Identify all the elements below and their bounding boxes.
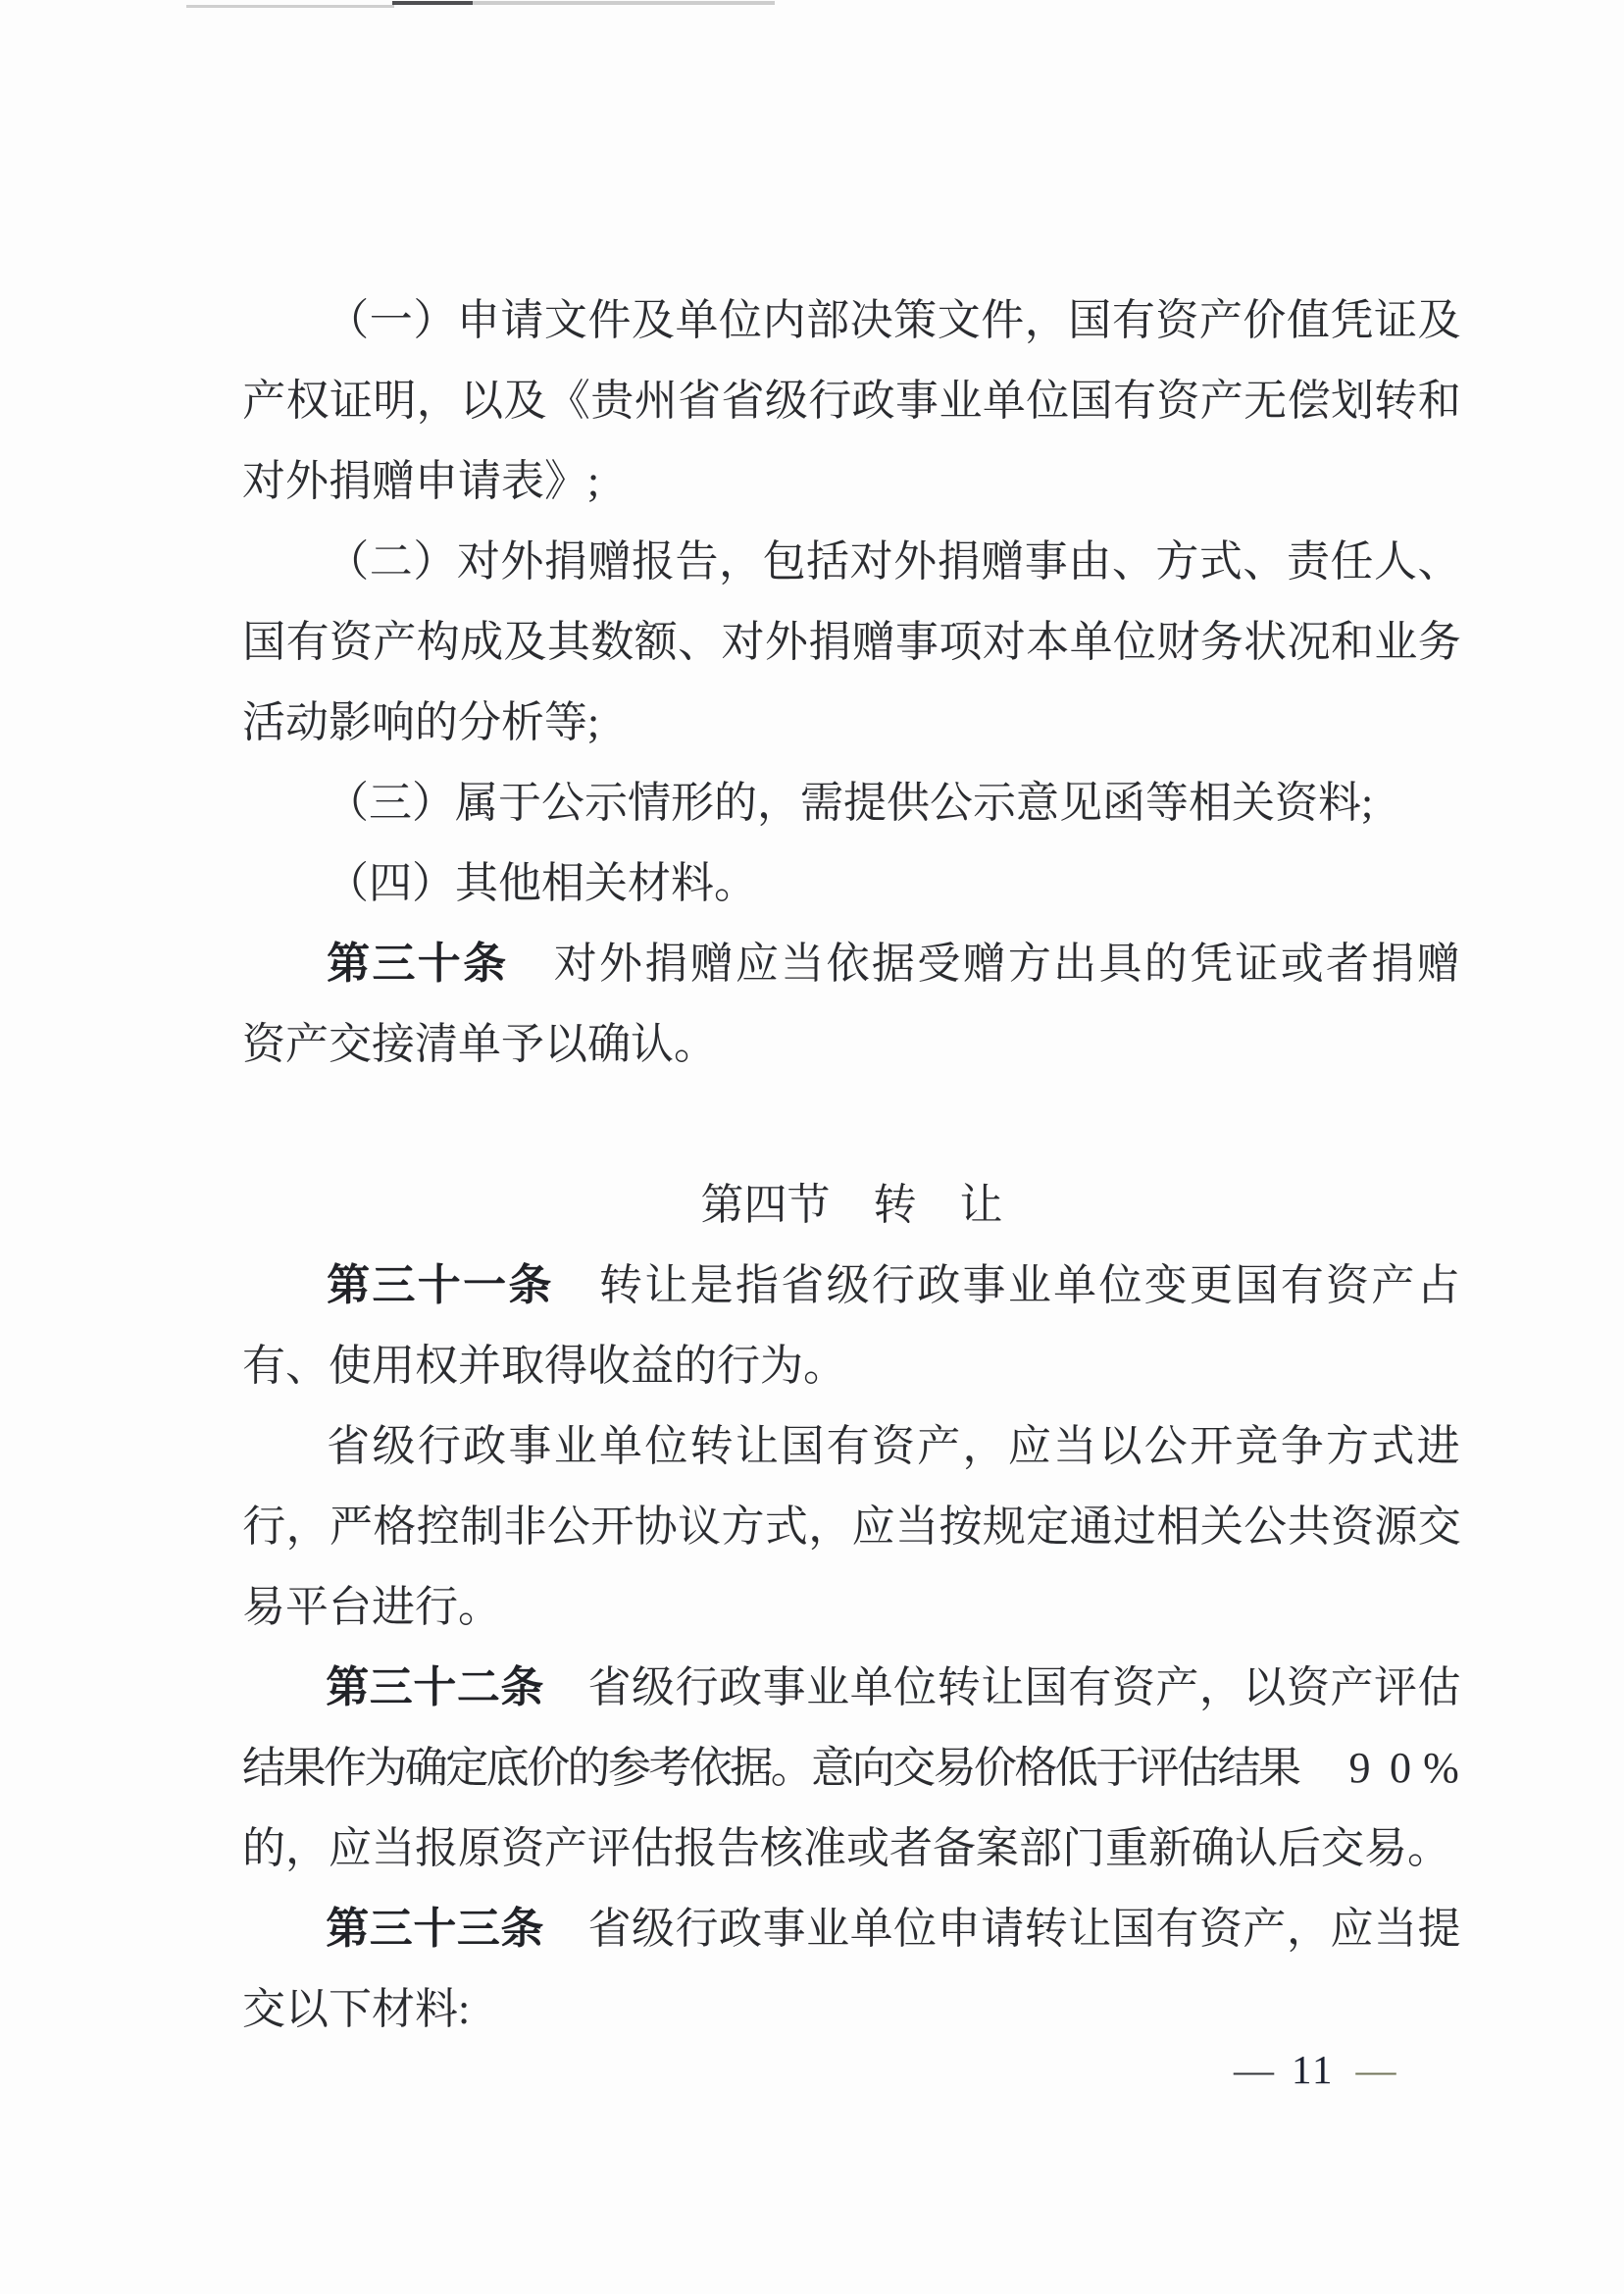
char: 况 xyxy=(1287,602,1330,683)
char: 请 xyxy=(500,280,544,361)
text-line: 资产交接清单予以确认。 xyxy=(242,1004,1461,1085)
footer-dash-right: — xyxy=(1355,2046,1396,2093)
char: 相 xyxy=(1156,1487,1199,1567)
char: ， xyxy=(1287,1889,1331,1969)
char: 资 xyxy=(1331,1487,1374,1567)
char: 对 xyxy=(457,522,501,602)
char: 有 xyxy=(1113,361,1156,441)
indent-spacer xyxy=(242,522,326,602)
char: 交 xyxy=(1418,1487,1461,1567)
char: ） xyxy=(413,280,457,361)
scan-artifact-line xyxy=(392,1,473,5)
char: 参 xyxy=(608,1728,648,1809)
char: ， xyxy=(285,1487,329,1567)
char: 位 xyxy=(1113,602,1156,683)
bold-char: 条 xyxy=(462,924,507,1004)
char: 申 xyxy=(457,280,501,361)
char: 位 xyxy=(1026,361,1069,441)
bold-char: 条 xyxy=(507,1246,552,1326)
char: 任 xyxy=(1330,522,1374,602)
char: 、 xyxy=(1112,522,1156,602)
char: 偿 xyxy=(1287,361,1330,441)
char: 件 xyxy=(587,280,632,361)
char: 底 xyxy=(486,1728,527,1809)
char: 价 xyxy=(974,1728,1014,1809)
text-line: 交以下材料: xyxy=(242,1969,1461,2050)
document-page: （一）申请文件及单位内部决策文件，国有资产价值凭证及产权证明，以及《贵州省省级行… xyxy=(0,0,1624,2294)
char: 无 xyxy=(1243,361,1287,441)
char: 非 xyxy=(503,1487,546,1567)
char: 资 xyxy=(1199,1889,1243,1969)
char: 向 xyxy=(852,1728,892,1809)
bold-char: 第 xyxy=(326,1246,371,1326)
char: 事 xyxy=(762,1648,806,1728)
char: 捐 xyxy=(937,522,981,602)
text-line: （二）对外捐赠报告，包括对外捐赠事由、方式、责任人、 xyxy=(242,522,1461,602)
char: 低 xyxy=(1055,1728,1095,1809)
char: 于 xyxy=(1095,1728,1136,1809)
char: 省 xyxy=(587,1889,632,1969)
char: （ xyxy=(326,522,370,602)
indent-spacer xyxy=(242,924,326,1004)
char: 国 xyxy=(242,602,285,683)
char: 一 xyxy=(370,280,414,361)
indent-spacer xyxy=(242,280,326,361)
char: 转 xyxy=(937,1648,981,1728)
char: 制 xyxy=(460,1487,503,1567)
char: 方 xyxy=(721,1487,764,1567)
char: 具 xyxy=(1097,924,1142,1004)
char: 事 xyxy=(895,361,939,441)
bold-char: 二 xyxy=(457,1648,501,1728)
paragraph: （一）申请文件及单位内部决策文件，国有资产价值凭证及产权证明，以及《贵州省省级行… xyxy=(242,280,1461,522)
char: 共 xyxy=(1287,1487,1330,1567)
char: 和 xyxy=(1418,361,1461,441)
char: 出 xyxy=(1052,924,1097,1004)
char: 作 xyxy=(324,1728,364,1809)
char: 业 xyxy=(939,361,982,441)
char: 级 xyxy=(632,1648,676,1728)
char: 估 xyxy=(1417,1648,1461,1728)
char: 、 xyxy=(1417,522,1461,602)
char: 级 xyxy=(825,1246,870,1326)
char: 公 xyxy=(1243,1487,1287,1567)
char: 以 xyxy=(460,361,503,441)
scan-artifact-line xyxy=(186,5,394,8)
bold-char: 十 xyxy=(417,1246,462,1326)
char: 变 xyxy=(1143,1246,1189,1326)
paragraph: （三）属于公示情形的，需提供公示意见函等相关资料; xyxy=(242,763,1461,843)
char: 9 xyxy=(1340,1728,1380,1809)
char: 行 xyxy=(808,361,851,441)
char: 据 xyxy=(871,924,916,1004)
char: 决 xyxy=(849,280,893,361)
bold-char: 条 xyxy=(500,1648,544,1728)
text-line: 对外捐赠申请表》; xyxy=(242,441,1461,522)
char: 单 xyxy=(598,1406,643,1487)
char: 业 xyxy=(553,1406,598,1487)
char: 行 xyxy=(417,1406,462,1487)
char: 对 xyxy=(849,522,893,602)
char: 估 xyxy=(1177,1728,1217,1809)
char: 提 xyxy=(1417,1889,1461,1969)
char: 以 xyxy=(1243,1648,1287,1728)
page-footer: — 11 — xyxy=(1234,2046,1396,2093)
char: 外 xyxy=(598,924,643,1004)
char: 协 xyxy=(634,1487,678,1567)
char: 策 xyxy=(893,280,938,361)
char: 国 xyxy=(1069,361,1112,441)
char: 事 xyxy=(895,602,939,683)
page-number: 11 xyxy=(1292,2046,1334,2093)
char: 控 xyxy=(417,1487,460,1567)
char xyxy=(544,1648,588,1728)
char: 据 xyxy=(730,1728,770,1809)
char: 省 xyxy=(721,361,764,441)
char: 政 xyxy=(719,1889,763,1969)
char: 人 xyxy=(1374,522,1418,602)
char: 资 xyxy=(1156,361,1199,441)
char: 式 xyxy=(765,1487,808,1567)
char: 事 xyxy=(762,1889,806,1969)
char: 产 xyxy=(1330,1648,1374,1728)
char: 竞 xyxy=(1234,1406,1279,1487)
char: 贵 xyxy=(590,361,634,441)
char: 赠 xyxy=(851,602,894,683)
char: 让 xyxy=(1068,1889,1112,1969)
bold-char: 十 xyxy=(417,924,462,1004)
char: 政 xyxy=(462,1406,507,1487)
char: 赠 xyxy=(689,924,735,1004)
char: 争 xyxy=(1280,1406,1325,1487)
char: 价 xyxy=(1243,280,1287,361)
text-run: 活动影响的分析等; xyxy=(242,698,599,746)
paragraph: 第三十二条 省级行政事业单位转让国有资产，以资产评估结果作为确定底价的参考依据。… xyxy=(242,1648,1461,1889)
char: 证 xyxy=(330,361,373,441)
text-run: 对外捐赠申请表》; xyxy=(242,457,599,505)
char: 有 xyxy=(825,1406,870,1487)
char: 事 xyxy=(1025,522,1069,602)
char: 、 xyxy=(1243,522,1287,602)
bold-char: 条 xyxy=(500,1889,544,1969)
char: 及 xyxy=(503,361,546,441)
char: 对 xyxy=(983,602,1026,683)
char: 状 xyxy=(1243,602,1287,683)
char: 进 xyxy=(1416,1406,1461,1487)
char: 者 xyxy=(1325,924,1370,1004)
char: 数 xyxy=(590,602,634,683)
char: 捐 xyxy=(1370,924,1415,1004)
char: 更 xyxy=(1189,1246,1234,1326)
char: 、 xyxy=(678,602,721,683)
char: 及 xyxy=(503,602,546,683)
char: 捐 xyxy=(544,522,588,602)
indent-spacer xyxy=(242,1889,326,1969)
char: 占 xyxy=(1416,1246,1461,1326)
char: 省 xyxy=(587,1648,632,1728)
char: 严 xyxy=(330,1487,373,1567)
char: 项 xyxy=(939,602,982,683)
text-line: （一）申请文件及单位内部决策文件，国有资产价值凭证及 xyxy=(242,280,1461,361)
char: ， xyxy=(1199,1648,1243,1728)
text-line: 第三十条 对外捐赠应当依据受赠方出具的凭证或者捐赠 xyxy=(242,924,1461,1004)
char: 意 xyxy=(811,1728,851,1809)
char: 格 xyxy=(373,1487,416,1567)
char: 赠 xyxy=(587,522,632,602)
char: 资 xyxy=(330,602,373,683)
bold-char: 三 xyxy=(457,1889,501,1969)
char: 转 xyxy=(1374,361,1417,441)
char: 明 xyxy=(373,361,416,441)
char: 应 xyxy=(1007,1406,1052,1487)
text-line: 易平台进行。 xyxy=(242,1567,1461,1648)
text-line: （四）其他相关材料。 xyxy=(242,843,1461,924)
char: 权 xyxy=(285,361,329,441)
char: 有 xyxy=(1068,1648,1112,1728)
char: 赠 xyxy=(961,924,1006,1004)
char: ， xyxy=(719,522,763,602)
char: 成 xyxy=(460,602,503,683)
text-line: 第三十三条 省级行政事业单位申请转让国有资产，应当提 xyxy=(242,1889,1461,1969)
char: 源 xyxy=(1374,1487,1417,1567)
char: 产 xyxy=(1243,1889,1287,1969)
char: 划 xyxy=(1331,361,1374,441)
bold-char: 三 xyxy=(371,924,416,1004)
char: 公 xyxy=(547,1487,590,1567)
bold-char: 三 xyxy=(370,1648,414,1728)
char: 级 xyxy=(371,1406,416,1487)
char: 行 xyxy=(675,1889,719,1969)
char: 通 xyxy=(1069,1487,1112,1567)
char: 定 xyxy=(1026,1487,1069,1567)
char: 单 xyxy=(849,1889,893,1969)
char: 报 xyxy=(632,522,676,602)
char xyxy=(544,1889,588,1969)
char: 证 xyxy=(1374,280,1418,361)
text-line: （三）属于公示情形的，需提供公示意见函等相关资料; xyxy=(242,763,1461,843)
char: 让 xyxy=(735,1406,780,1487)
char: 业 xyxy=(1374,602,1417,683)
char: 国 xyxy=(1112,1889,1156,1969)
char: 产 xyxy=(1200,361,1243,441)
char: 务 xyxy=(1200,602,1243,683)
indent-spacer xyxy=(242,1246,326,1326)
paragraph: 第三十一条 转让是指省级行政事业单位变更国有资产占有、使用权并取得收益的行为。 xyxy=(242,1246,1461,1406)
char: 交 xyxy=(892,1728,933,1809)
char: 部 xyxy=(806,280,850,361)
char: 确 xyxy=(405,1728,445,1809)
char: 依 xyxy=(689,1728,730,1809)
char: 当 xyxy=(895,1487,939,1567)
bold-char: 第 xyxy=(326,1648,370,1728)
bold-char: 十 xyxy=(413,1889,457,1969)
char: 或 xyxy=(1280,924,1325,1004)
char: 省 xyxy=(326,1406,371,1487)
char: 对 xyxy=(553,924,598,1004)
char: 省 xyxy=(780,1246,825,1326)
char: 凭 xyxy=(1330,280,1374,361)
char: 果 xyxy=(282,1728,323,1809)
char: 单 xyxy=(983,361,1026,441)
char: 考 xyxy=(648,1728,688,1809)
text-run: （四）其他相关材料。 xyxy=(326,859,757,907)
char: 文 xyxy=(937,280,981,361)
paragraph: 省级行政事业单位转让国有资产，应当以公开竞争方式进行，严格控制非公开协议方式，应… xyxy=(242,1406,1461,1648)
char: 受 xyxy=(916,924,961,1004)
char: 凭 xyxy=(1189,924,1234,1004)
section-heading: 第四节 转 让 xyxy=(242,1165,1461,1246)
char: 定 xyxy=(445,1728,485,1809)
char: 转 xyxy=(598,1246,643,1326)
char: 位 xyxy=(893,1889,938,1969)
char: 易 xyxy=(933,1728,973,1809)
text-run: 交以下材料: xyxy=(242,1985,470,2033)
paragraph: 第三十条 对外捐赠应当依据受赠方出具的凭证或者捐赠资产交接清单予以确认。 xyxy=(242,924,1461,1085)
char: 公 xyxy=(1143,1406,1189,1487)
char: 包 xyxy=(762,522,806,602)
char: 应 xyxy=(1330,1889,1374,1969)
char: 依 xyxy=(825,924,870,1004)
char: 过 xyxy=(1113,1487,1156,1567)
char: 为 xyxy=(364,1728,404,1809)
char xyxy=(553,1246,598,1326)
char: 国 xyxy=(1025,1648,1069,1728)
bold-char: 三 xyxy=(371,1246,416,1326)
text-line: 的，应当报原资产评估报告核准或者备案部门重新确认后交易。 xyxy=(242,1809,1461,1889)
footer-dash-left: — xyxy=(1234,2046,1274,2093)
bold-char: 第 xyxy=(326,1889,370,1969)
char: 务 xyxy=(1418,602,1461,683)
char: 事 xyxy=(507,1406,552,1487)
char: 责 xyxy=(1287,522,1331,602)
char: 。 xyxy=(771,1728,811,1809)
char: 外 xyxy=(893,522,938,602)
char: 位 xyxy=(643,1406,688,1487)
text-line: 第三十二条 省级行政事业单位转让国有资产，以资产评估 xyxy=(242,1648,1461,1728)
char: 转 xyxy=(689,1406,735,1487)
text-run: 的，应当报原资产评估报告核准或者备案部门重新确认后交易。 xyxy=(242,1824,1450,1872)
char xyxy=(507,924,552,1004)
char: 的 xyxy=(568,1728,608,1809)
char: 捐 xyxy=(643,924,688,1004)
char: 资 xyxy=(1155,280,1199,361)
char: ， xyxy=(1025,280,1069,361)
char: 式 xyxy=(1370,1406,1415,1487)
char: 请 xyxy=(981,1889,1025,1969)
document-body: （一）申请文件及单位内部决策文件，国有资产价值凭证及产权证明，以及《贵州省省级行… xyxy=(242,280,1461,2050)
text-run: 资产交接清单予以确认。 xyxy=(242,1020,717,1068)
char: 位 xyxy=(719,280,763,361)
char: 业 xyxy=(806,1889,850,1969)
char: 捐 xyxy=(808,602,851,683)
bold-char: 十 xyxy=(413,1648,457,1728)
char: 事 xyxy=(961,1246,1006,1326)
text-run: 易平台进行。 xyxy=(242,1583,501,1631)
char: 有 xyxy=(1155,1889,1199,1969)
char: 行 xyxy=(871,1246,916,1326)
char: 格 xyxy=(1014,1728,1054,1809)
char: 资 xyxy=(1325,1246,1370,1326)
char: 有 xyxy=(1280,1246,1325,1326)
char: 件 xyxy=(981,280,1025,361)
char: 议 xyxy=(678,1487,721,1567)
char: 评 xyxy=(1374,1648,1418,1728)
indent-spacer xyxy=(242,1648,326,1728)
char: 国 xyxy=(780,1406,825,1487)
char: 文 xyxy=(544,280,588,361)
char: 有 xyxy=(1112,280,1156,361)
char: 外 xyxy=(765,602,808,683)
char: 当 xyxy=(1374,1889,1418,1969)
char: 价 xyxy=(527,1728,567,1809)
char: 外 xyxy=(500,522,544,602)
char: ） xyxy=(413,522,457,602)
char: 产 xyxy=(1199,280,1243,361)
char xyxy=(1298,1728,1339,1809)
char: 其 xyxy=(547,602,590,683)
char: 单 xyxy=(1052,1246,1097,1326)
char: 对 xyxy=(721,602,764,683)
char: 规 xyxy=(983,1487,1026,1567)
text-line: 省级行政事业单位转让国有资产，应当以公开竞争方式进 xyxy=(242,1406,1461,1487)
char: 《 xyxy=(547,361,590,441)
char: 业 xyxy=(806,1648,850,1728)
text-line: 国有资产构成及其数额、对外捐赠事项对本单位财务状况和业务 xyxy=(242,602,1461,683)
text-line: 结果作为确定底价的参考依据。意向交易价格低于评估结果 90% xyxy=(242,1728,1461,1809)
char: 告 xyxy=(675,522,719,602)
char: 内 xyxy=(762,280,806,361)
char: 评 xyxy=(1137,1728,1177,1809)
char: 国 xyxy=(1068,280,1112,361)
char: 位 xyxy=(1097,1246,1142,1326)
text-line: 活动影响的分析等; xyxy=(242,683,1461,763)
char: 构 xyxy=(417,602,460,683)
char: 申 xyxy=(937,1889,981,1969)
text-run: 有、使用权并取得收益的行为。 xyxy=(242,1342,846,1390)
char: 方 xyxy=(1155,522,1199,602)
char: 当 xyxy=(780,924,825,1004)
char: 资 xyxy=(871,1406,916,1487)
char: 业 xyxy=(1007,1246,1052,1326)
char: 有 xyxy=(285,602,329,683)
char: 产 xyxy=(242,361,285,441)
char: 位 xyxy=(893,1648,938,1728)
char: 额 xyxy=(634,602,678,683)
char: 政 xyxy=(916,1246,961,1326)
char: ， xyxy=(961,1406,1006,1487)
char: 和 xyxy=(1331,602,1374,683)
paragraph: 第三十三条 省级行政事业单位申请转让国有资产，应当提交以下材料: xyxy=(242,1889,1461,2050)
char: 是 xyxy=(689,1246,735,1326)
char: 结 xyxy=(1218,1728,1258,1809)
char: 开 xyxy=(590,1487,634,1567)
char: 单 xyxy=(849,1648,893,1728)
char: 财 xyxy=(1156,602,1199,683)
indent-spacer xyxy=(242,1406,326,1487)
char: 及 xyxy=(632,280,676,361)
char: 单 xyxy=(1069,602,1112,683)
char: 方 xyxy=(1325,1406,1370,1487)
char: 括 xyxy=(806,522,850,602)
char: 证 xyxy=(1234,924,1279,1004)
char: 政 xyxy=(719,1648,763,1728)
char: 结 xyxy=(242,1728,282,1809)
char: 及 xyxy=(1417,280,1461,361)
char: 让 xyxy=(981,1648,1025,1728)
paragraph: （四）其他相关材料。 xyxy=(242,843,1461,924)
char: ， xyxy=(808,1487,851,1567)
char: 产 xyxy=(1370,1246,1415,1326)
